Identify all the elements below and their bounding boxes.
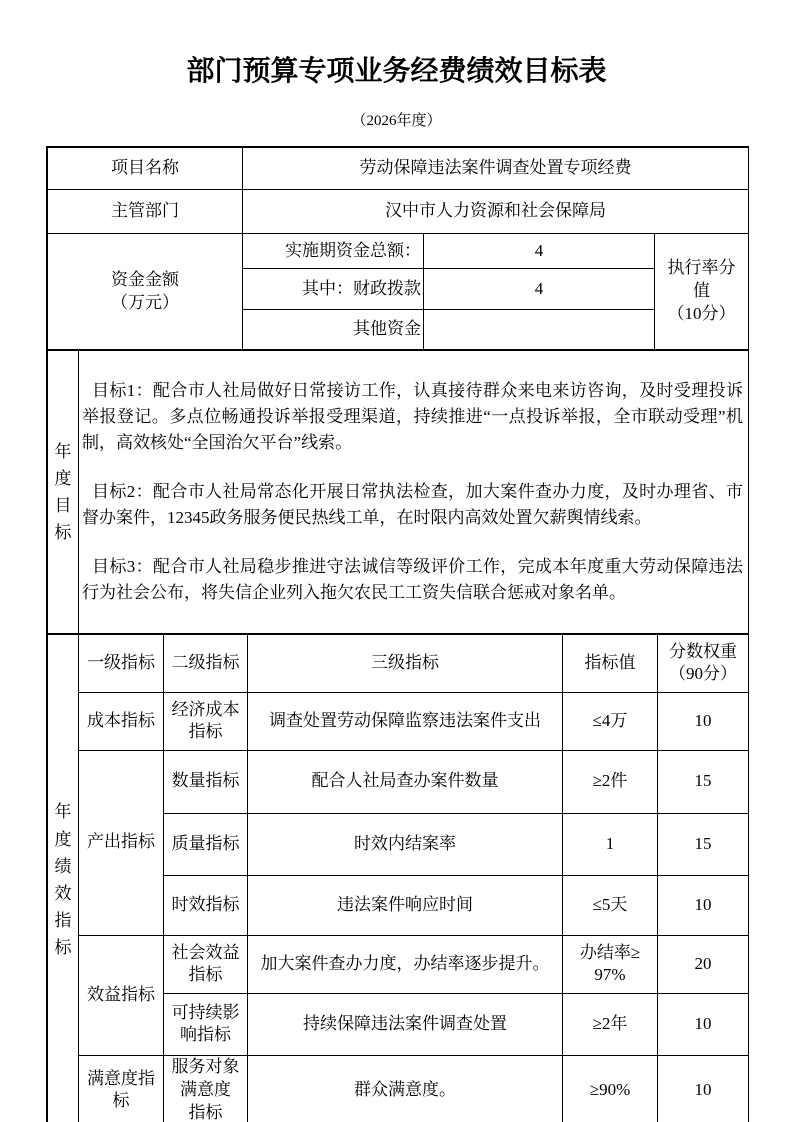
project-name-value: 劳动保障违法案件调查处置专项经费 [243, 148, 749, 190]
indicator-value: ≥2年 [563, 993, 658, 1055]
header-score-weight: 分数权重 （90分） [658, 634, 749, 692]
level2-quantity: 数量指标 [164, 750, 248, 813]
header-level1: 一级指标 [79, 634, 164, 692]
indicators-side-label: 年 度 绩 效 指 标 [48, 634, 79, 1122]
department-value: 汉中市人力资源和社会保障局 [243, 190, 749, 234]
page-title: 部门预算专项业务经费绩效目标表 [0, 0, 793, 88]
info-fund-table: 项目名称 劳动保障违法案件调查处置专项经费 主管部门 汉中市人力资源和社会保障局… [47, 147, 749, 350]
indicator-weight: 10 [658, 1055, 749, 1122]
level1-cost: 成本指标 [79, 692, 164, 750]
level3-indicator: 时效内结案率 [248, 813, 563, 875]
indicator-weight: 10 [658, 993, 749, 1055]
fund-other-value [424, 310, 655, 350]
document-page: 部门预算专项业务经费绩效目标表 （2026年度） 项目名称 劳动保障违法案件调查… [0, 0, 793, 1122]
indicator-value: 办结率≥ 97% [563, 935, 658, 993]
level2-service-target: 服务对象 满意度 指标 [164, 1055, 248, 1122]
fund-total-value: 4 [424, 234, 655, 269]
level2-timeliness: 时效指标 [164, 875, 248, 935]
level2-quality: 质量指标 [164, 813, 248, 875]
fund-other-label: 其他资金 [243, 310, 424, 350]
table-row: 满意度指 标 服务对象 满意度 指标 群众满意度。 ≥90% 10 [48, 1055, 749, 1122]
header-level2: 二级指标 [164, 634, 248, 692]
fund-amount-label: 资金金额 （万元） [48, 234, 243, 350]
table-row: 效益指标 社会效益 指标 加大案件查办力度，办结率逐步提升。 办结率≥ 97% … [48, 935, 749, 993]
table-row: 年 度 目 标 目标1：配合市人社局做好日常接访工作，认真接待群众来电来访咨询，… [48, 351, 749, 634]
indicator-value: 1 [563, 813, 658, 875]
level1-output: 产出指标 [79, 750, 164, 935]
indicator-weight: 15 [658, 750, 749, 813]
department-label: 主管部门 [48, 190, 243, 234]
level3-indicator: 加大案件查办力度，办结率逐步提升。 [248, 935, 563, 993]
level3-indicator: 持续保障违法案件调查处置 [248, 993, 563, 1055]
level2-social-benefit: 社会效益 指标 [164, 935, 248, 993]
table-row: 项目名称 劳动保障违法案件调查处置专项经费 [48, 148, 749, 190]
goal-3: 目标3：配合市人社局稳步推进守法诚信等级评价工作，完成本年度重大劳动保障违法行为… [82, 554, 743, 606]
performance-target-table: 项目名称 劳动保障违法案件调查处置专项经费 主管部门 汉中市人力资源和社会保障局… [46, 146, 749, 1122]
level3-indicator: 配合人社局查办案件数量 [248, 750, 563, 813]
project-name-label: 项目名称 [48, 148, 243, 190]
table-row: 成本指标 经济成本 指标 调查处置劳动保障监察违法案件支出 ≤4万 10 [48, 692, 749, 750]
indicator-weight: 20 [658, 935, 749, 993]
table-row: 产出指标 数量指标 配合人社局查办案件数量 ≥2件 15 [48, 750, 749, 813]
level1-satisfaction: 满意度指 标 [79, 1055, 164, 1122]
annual-goals-content: 目标1：配合市人社局做好日常接访工作，认真接待群众来电来访咨询，及时受理投诉举报… [79, 351, 749, 634]
execution-rate-label: 执行率分 值 （10分） [655, 234, 749, 350]
fund-total-label: 实施期资金总额： [243, 234, 424, 269]
indicators-header-row: 年 度 绩 效 指 标 一级指标 二级指标 三级指标 指标值 分数权重 （90分… [48, 634, 749, 692]
goal-1: 目标1：配合市人社局做好日常接访工作，认真接待群众来电来访咨询，及时受理投诉举报… [82, 378, 743, 456]
indicators-table: 年 度 绩 效 指 标 一级指标 二级指标 三级指标 指标值 分数权重 （90分… [47, 634, 749, 1122]
header-indicator-value: 指标值 [563, 634, 658, 692]
table-row: 资金金额 （万元） 实施期资金总额： 4 执行率分 值 （10分） [48, 234, 749, 269]
indicator-value: ≥2件 [563, 750, 658, 813]
goal-2: 目标2：配合市人社局常态化开展日常执法检查，加大案件查办力度，及时办理省、市督办… [82, 479, 743, 531]
annual-goals-table: 年 度 目 标 目标1：配合市人社局做好日常接访工作，认真接待群众来电来访咨询，… [47, 350, 749, 634]
level2-economic-cost: 经济成本 指标 [164, 692, 248, 750]
fund-fiscal-label: 其中：财政拨款 [243, 269, 424, 310]
level1-benefit: 效益指标 [79, 935, 164, 1055]
level3-indicator: 违法案件响应时间 [248, 875, 563, 935]
header-level3: 三级指标 [248, 634, 563, 692]
annual-goals-side-label: 年 度 目 标 [48, 351, 79, 634]
indicator-weight: 10 [658, 875, 749, 935]
page-subtitle: （2026年度） [0, 109, 793, 130]
level3-indicator: 调查处置劳动保障监察违法案件支出 [248, 692, 563, 750]
level3-indicator: 群众满意度。 [248, 1055, 563, 1122]
level2-sustainability: 可持续影 响指标 [164, 993, 248, 1055]
indicator-value: ≥90% [563, 1055, 658, 1122]
indicator-weight: 15 [658, 813, 749, 875]
fund-fiscal-value: 4 [424, 269, 655, 310]
indicator-weight: 10 [658, 692, 749, 750]
table-row: 主管部门 汉中市人力资源和社会保障局 [48, 190, 749, 234]
indicator-value: ≤4万 [563, 692, 658, 750]
indicator-value: ≤5天 [563, 875, 658, 935]
